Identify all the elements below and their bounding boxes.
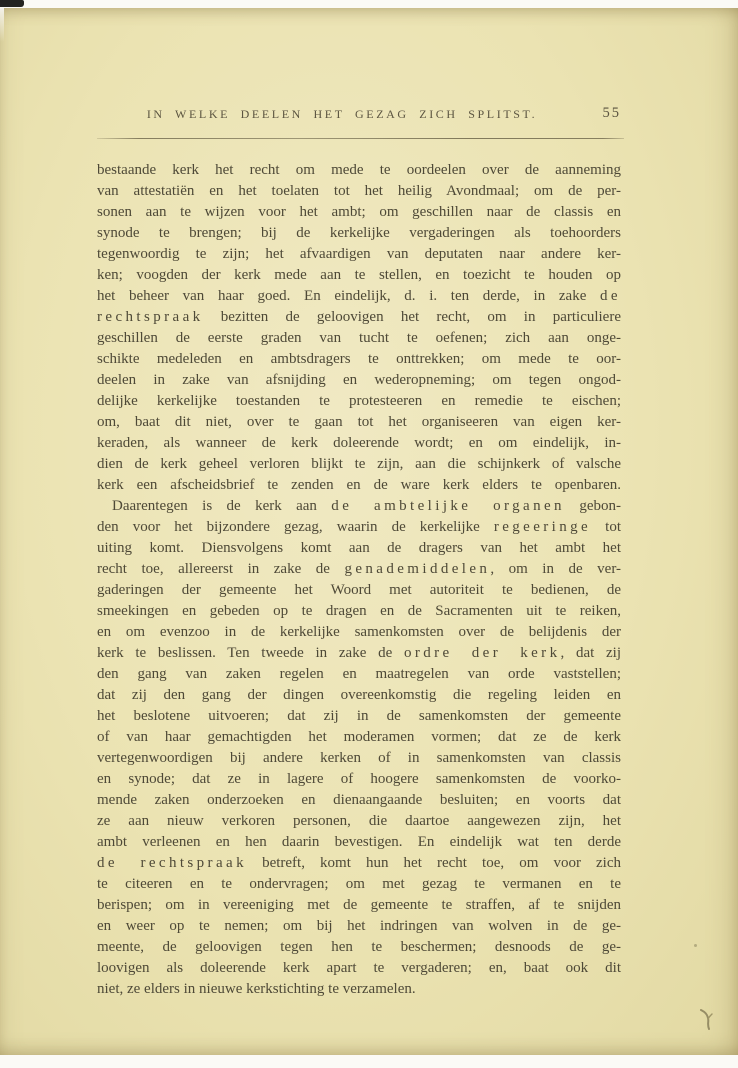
- text-segment: en weer op te nemen; om bij het indringe…: [97, 918, 621, 934]
- scan-hair-mark: [698, 1006, 718, 1034]
- text-line: Daarentegen is de kerk aan de ambtelijke…: [97, 496, 621, 517]
- scanner-margin-top: [0, 0, 738, 8]
- body-text: bestaande kerk het recht om mede te oord…: [97, 160, 621, 1000]
- text-segment: niet, ze elders in nieuwe kerkstichting …: [97, 981, 416, 997]
- paragraph: Daarentegen is de kerk aan de ambtelijke…: [97, 496, 621, 1000]
- letterspaced-text: de: [600, 288, 621, 304]
- text-line: tegenwoordig te zijn; het afvaardigen va…: [97, 244, 621, 265]
- running-title: IN WELKE DEELEN HET GEZAG ZICH SPLITST.: [123, 107, 561, 122]
- paragraph: bestaande kerk het recht om mede te oord…: [97, 160, 621, 496]
- text-segment: ken; voogden der kerk mede aan te stelle…: [97, 267, 621, 283]
- text-segment: delijke kerkelijke toestanden te protest…: [97, 393, 621, 409]
- text-segment: meente, de geloovigen tegen hen te besch…: [97, 939, 621, 955]
- text-line: gaderingen der gemeente het Woord met au…: [97, 580, 621, 601]
- text-segment: synode te brengen; bij de kerkelijke ver…: [97, 225, 621, 241]
- text-line: niet, ze elders in nieuwe kerkstichting …: [97, 979, 621, 1000]
- letterspaced-text: ordre der kerk: [404, 645, 561, 661]
- header-rule: [97, 138, 624, 139]
- text-segment: schikte medeleden en ambtsdragers te ont…: [97, 351, 621, 367]
- text-line: dat zij den gang der dingen overeenkomst…: [97, 685, 621, 706]
- text-segment: kerk te beslissen. Ten tweede in zake de: [97, 645, 404, 661]
- text-line: van attestatiën en het toelaten tot het …: [97, 181, 621, 202]
- scan-edge-sliver: [0, 8, 4, 42]
- letterspaced-text: genademiddelen: [344, 561, 490, 577]
- text-segment: smeekingen en gebeden op te dragen en de…: [97, 603, 621, 619]
- text-segment: bezitten de geloovigen het recht, om in …: [204, 309, 621, 325]
- text-line: ze aan nieuw verkoren personen, die daar…: [97, 811, 621, 832]
- text-line: ambt verleenen en hen daarin bevestigen.…: [97, 832, 621, 853]
- text-segment: het beslotene uitvoeren; dat zij in de s…: [97, 708, 621, 724]
- page-header: IN WELKE DEELEN HET GEZAG ZICH SPLITST. …: [97, 104, 621, 128]
- text-line: en om evenzoo in de kerkelijke samenkoms…: [97, 622, 621, 643]
- text-segment: sonen aan te wijzen voor het ambt; om ge…: [97, 204, 621, 220]
- text-segment: , dat zij: [560, 645, 621, 661]
- text-line: en weer op te nemen; om bij het indringe…: [97, 916, 621, 937]
- text-line: het beslotene uitvoeren; dat zij in de s…: [97, 706, 621, 727]
- text-segment: betreft, komt hun het recht toe, om voor…: [247, 855, 621, 871]
- text-segment: kerk een afscheidsbrief te zenden en de …: [97, 477, 621, 493]
- text-segment: uiting komt. Diensvolgens komt aan de dr…: [97, 540, 621, 556]
- text-segment: en om evenzoo in de kerkelijke samenkoms…: [97, 624, 621, 640]
- text-line: smeekingen en gebeden op te dragen en de…: [97, 601, 621, 622]
- text-segment: te citeeren en te ondervragen; om met ge…: [97, 876, 621, 892]
- text-segment: loovigen als doleerende kerk apart te ve…: [97, 960, 621, 976]
- text-line: deelen in zake van afsnijding en wederop…: [97, 370, 621, 391]
- text-line: den gang van zaken regelen en maatregele…: [97, 664, 621, 685]
- text-line: berispen; om in vereeniging met de gemee…: [97, 895, 621, 916]
- text-segment: ambt verleenen en hen daarin bevestigen.…: [97, 834, 621, 850]
- text-line: te citeeren en te ondervragen; om met ge…: [97, 874, 621, 895]
- text-line: rechtspraak bezitten de geloovigen het r…: [97, 307, 621, 328]
- text-segment: van attestatiën en het toelaten tot het …: [97, 183, 621, 199]
- text-line: recht toe, allereerst in zake de genadem…: [97, 559, 621, 580]
- text-segment: en synode; dat ze in lagere of hoogere s…: [97, 771, 621, 787]
- text-line: keraden, als wanneer de kerk doleerende …: [97, 433, 621, 454]
- text-segment: vertegenwoordigen bij andere kerken of i…: [97, 750, 621, 766]
- letterspaced-text: regeeringe: [494, 519, 591, 535]
- text-line: het beheer van haar goed. En eindelijk, …: [97, 286, 621, 307]
- text-line: om, baat dit niet, over te gaan tot het …: [97, 412, 621, 433]
- text-segment: Daarentegen is de kerk aan: [112, 498, 331, 514]
- text-segment: tot: [591, 519, 621, 535]
- text-line: kerk een afscheidsbrief te zenden en de …: [97, 475, 621, 496]
- text-line: meente, de geloovigen tegen hen te besch…: [97, 937, 621, 958]
- text-segment: bestaande kerk het recht om mede te oord…: [97, 162, 621, 178]
- text-segment: deelen in zake van afsnijding en wederop…: [97, 372, 621, 388]
- text-segment: , om in de ver-: [490, 561, 621, 577]
- page-number: 55: [603, 105, 622, 122]
- text-line: sonen aan te wijzen voor het ambt; om ge…: [97, 202, 621, 223]
- text-segment: geschillen de eerste graden van tucht te…: [97, 330, 621, 346]
- letterspaced-text: de rechtspraak: [97, 855, 247, 871]
- scanned-book-page: IN WELKE DEELEN HET GEZAG ZICH SPLITST. …: [0, 0, 738, 1068]
- text-segment: het beheer van haar goed. En eindelijk, …: [97, 288, 600, 304]
- page-sheet: IN WELKE DEELEN HET GEZAG ZICH SPLITST. …: [0, 8, 738, 1055]
- text-segment: den voor het bijzondere gezag, waarin de…: [97, 519, 494, 535]
- text-line: schikte medeleden en ambtsdragers te ont…: [97, 349, 621, 370]
- text-line: bestaande kerk het recht om mede te oord…: [97, 160, 621, 181]
- text-segment: dat zij den gang der dingen overeenkomst…: [97, 687, 621, 703]
- text-line: den voor het bijzondere gezag, waarin de…: [97, 517, 621, 538]
- text-line: de rechtspraak betreft, komt hun het rec…: [97, 853, 621, 874]
- text-line: ken; voogden der kerk mede aan te stelle…: [97, 265, 621, 286]
- scan-speck: [694, 944, 697, 947]
- text-line: vertegenwoordigen bij andere kerken of i…: [97, 748, 621, 769]
- text-line: mende zaken onderzoeken en dienaangaande…: [97, 790, 621, 811]
- text-segment: tegenwoordig te zijn; het afvaardigen va…: [97, 246, 621, 262]
- text-line: synode te brengen; bij de kerkelijke ver…: [97, 223, 621, 244]
- text-segment: gaderingen der gemeente het Woord met au…: [97, 582, 621, 598]
- scanner-margin-bottom: [0, 1055, 738, 1068]
- text-segment: of van haar gemachtigden het moderamen v…: [97, 729, 621, 745]
- text-segment: ze aan nieuw verkoren personen, die daar…: [97, 813, 621, 829]
- text-segment: keraden, als wanneer de kerk doleerende …: [97, 435, 621, 451]
- letterspaced-text: rechtspraak: [97, 309, 204, 325]
- text-line: loovigen als doleerende kerk apart te ve…: [97, 958, 621, 979]
- text-segment: recht toe, allereerst in zake de: [97, 561, 344, 577]
- text-line: delijke kerkelijke toestanden te protest…: [97, 391, 621, 412]
- text-line: of van haar gemachtigden het moderamen v…: [97, 727, 621, 748]
- text-line: dien de kerk geheel verloren blijkt te z…: [97, 454, 621, 475]
- text-segment: berispen; om in vereeniging met de gemee…: [97, 897, 621, 913]
- text-segment: den gang van zaken regelen en maatregele…: [97, 666, 621, 682]
- text-line: kerk te beslissen. Ten tweede in zake de…: [97, 643, 621, 664]
- text-line: geschillen de eerste graden van tucht te…: [97, 328, 621, 349]
- letterspaced-text: de ambtelijke organen: [331, 498, 565, 514]
- text-line: en synode; dat ze in lagere of hoogere s…: [97, 769, 621, 790]
- text-line: uiting komt. Diensvolgens komt aan de dr…: [97, 538, 621, 559]
- text-segment: mende zaken onderzoeken en dienaangaande…: [97, 792, 621, 808]
- scan-corner-mark: [0, 0, 24, 7]
- text-segment: gebon-: [565, 498, 621, 514]
- text-segment: dien de kerk geheel verloren blijkt te z…: [97, 456, 621, 472]
- text-segment: om, baat dit niet, over te gaan tot het …: [97, 414, 621, 430]
